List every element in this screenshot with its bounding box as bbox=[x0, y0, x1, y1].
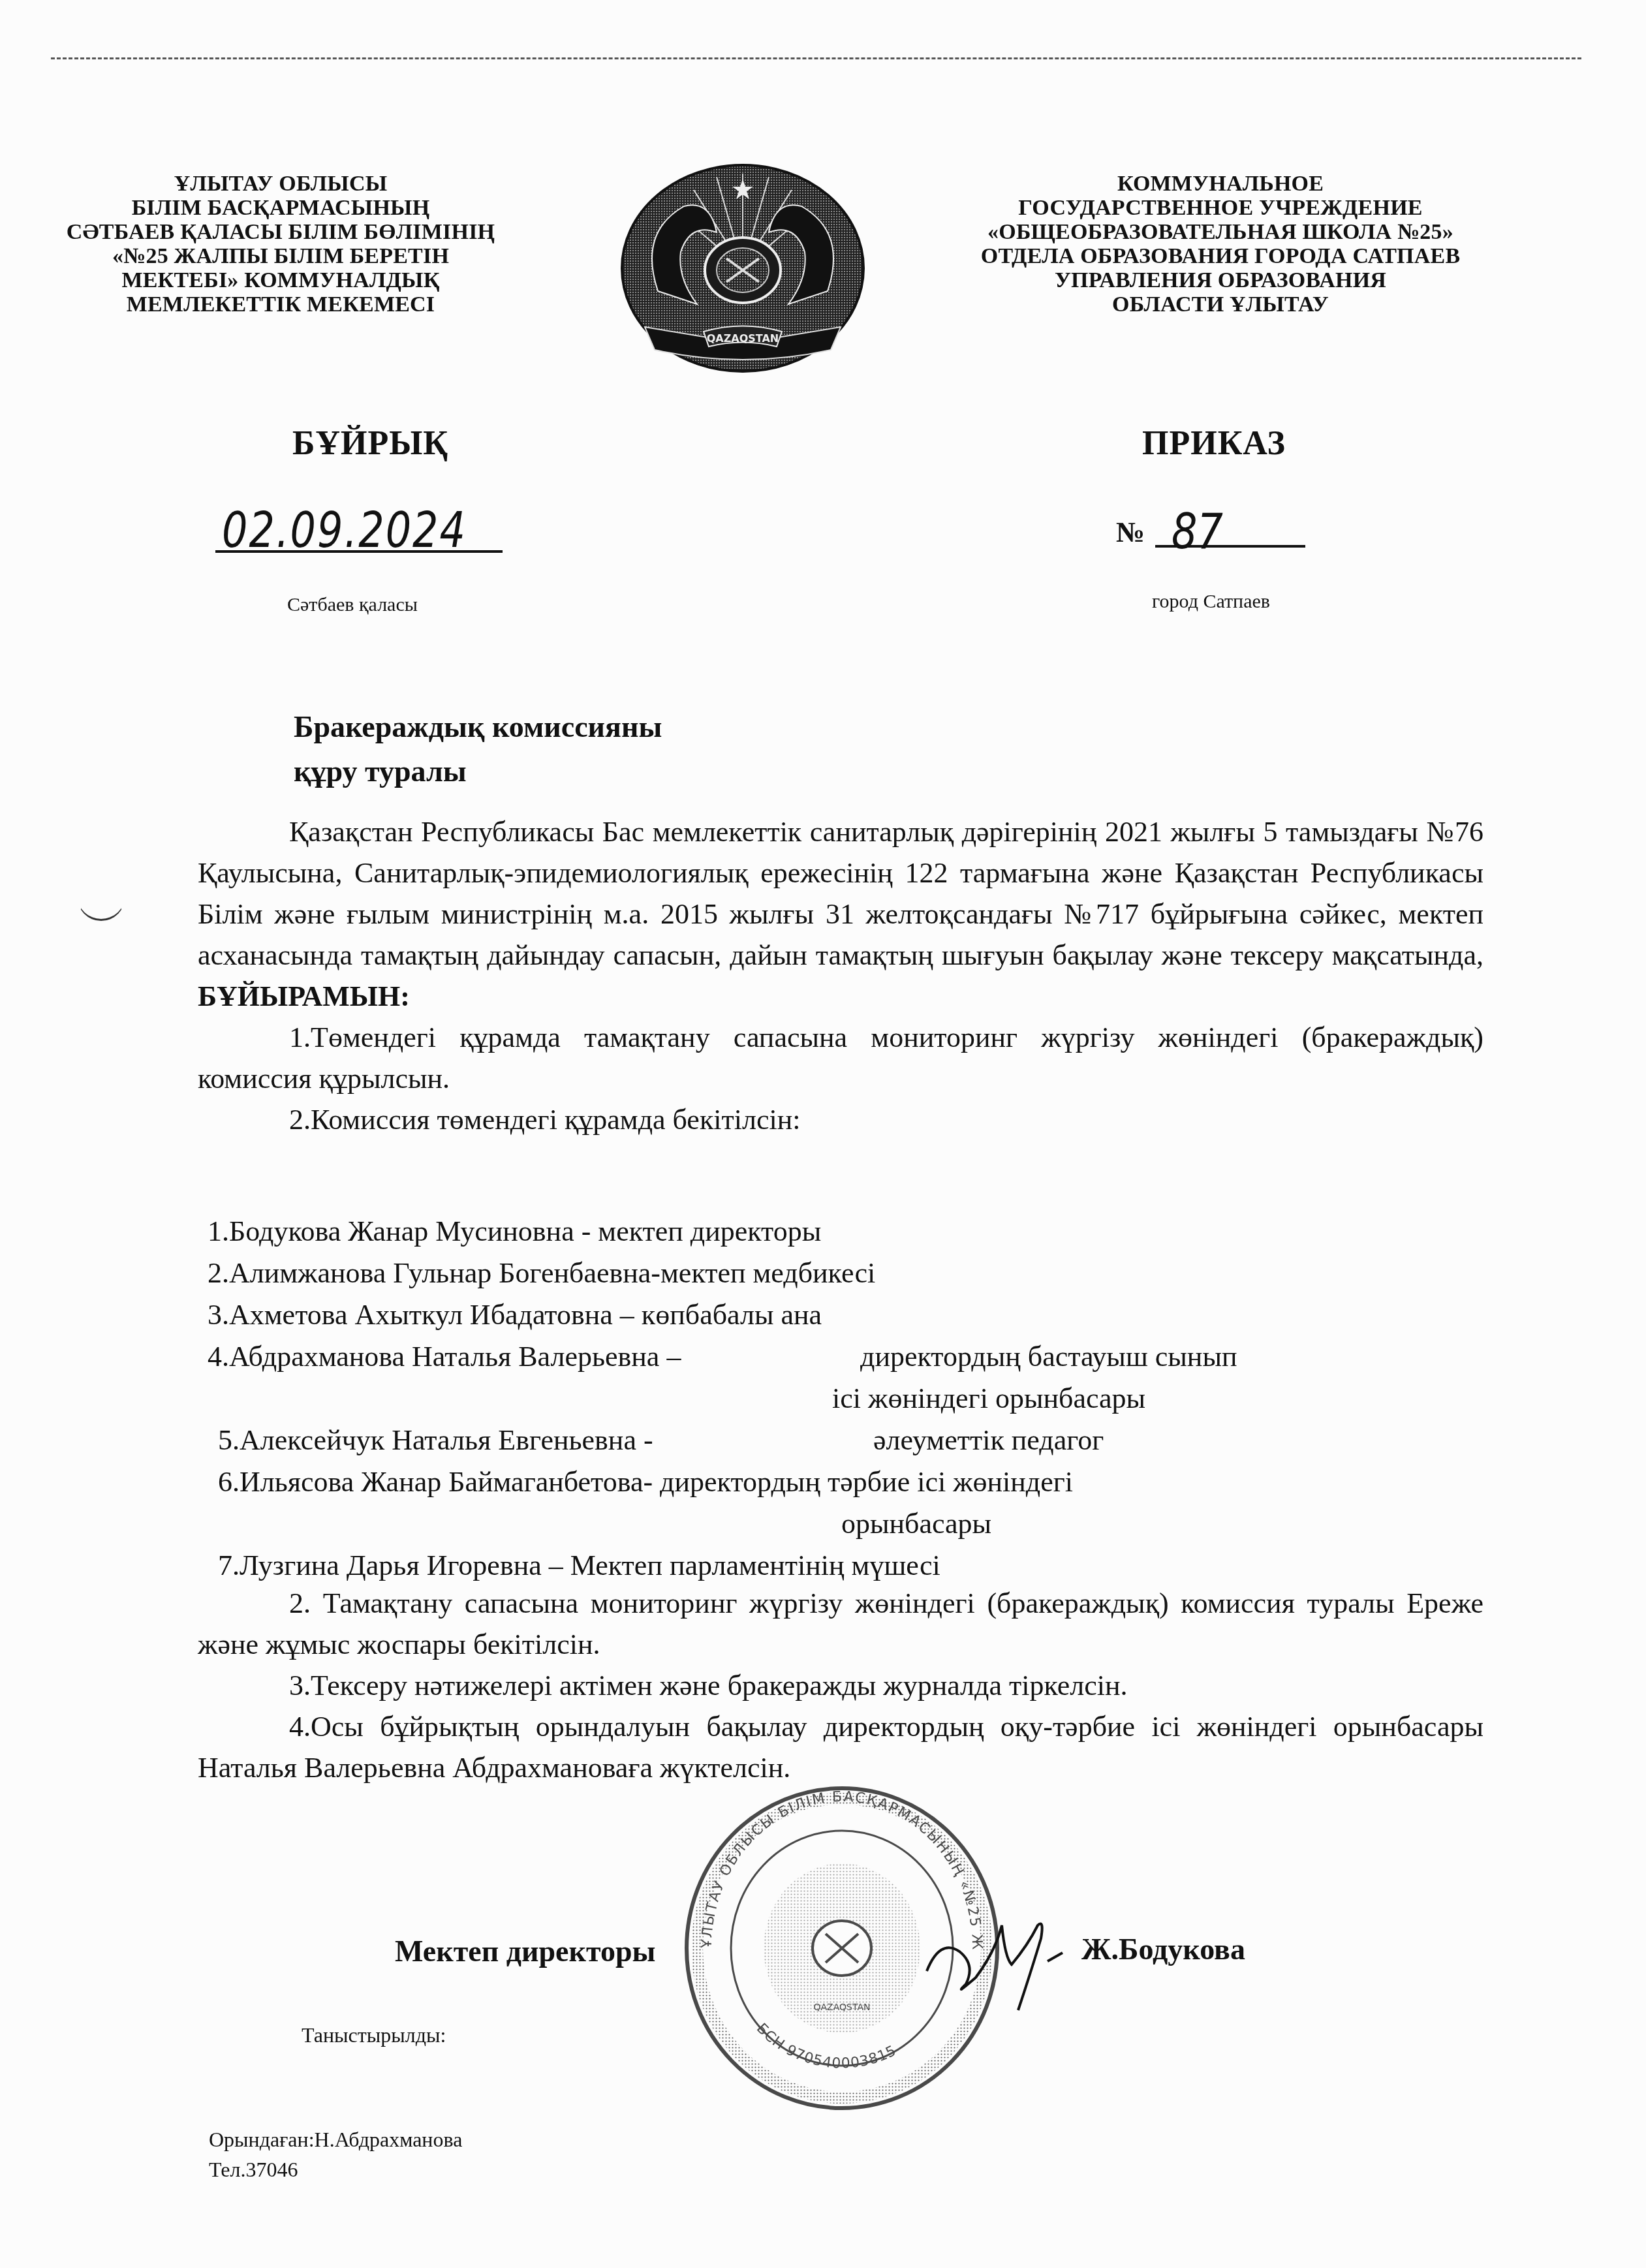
order-title-kazakh: БҰЙРЫҚ bbox=[292, 424, 448, 463]
member-item: 4.Абдрахманова Наталья Валерьевна – дире… bbox=[208, 1336, 1480, 1420]
top-dashed-rule bbox=[51, 57, 1581, 59]
state-emblem-icon: QAZAQSTAN bbox=[606, 161, 880, 376]
svg-text:QAZAQSTAN: QAZAQSTAN bbox=[707, 332, 779, 345]
member-item: 1.Бодукова Жанар Мусиновна - мектеп дире… bbox=[208, 1211, 1480, 1252]
signatory-name: Ж.Бодукова bbox=[1081, 1932, 1245, 1966]
member-item: 2.Алимжанова Гульнар Богенбаевна-мектеп … bbox=[208, 1252, 1480, 1294]
member-name: 4.Абдрахманова Наталья Валерьевна – bbox=[208, 1336, 681, 1378]
member-name: 2.Алимжанова Гульнар Богенбаевна-мектеп … bbox=[208, 1252, 875, 1294]
city-russian: город Сатпаев bbox=[1152, 591, 1270, 613]
clause-control: 4.Осы бұйрықтың орындалуын бақылау дирек… bbox=[198, 1706, 1483, 1788]
member-name: 6.Ильясова Жанар Баймаганбетова- директо… bbox=[218, 1461, 1073, 1503]
member-role: директордың бастауыш сынып bbox=[860, 1336, 1237, 1378]
preamble-paragraph: Қазақстан Республикасы Бас мемлекеттік с… bbox=[198, 811, 1483, 1017]
order-clauses-continued: 2. Тамақтану сапасына мониторинг жүргізу… bbox=[198, 1583, 1483, 1788]
handwritten-signature-icon bbox=[914, 1899, 1070, 2017]
member-name: 5.Алексейчук Наталья Евгеньевна - bbox=[218, 1420, 653, 1461]
document-page: ҰЛЫТАУ ОБЛЫСЫ БІЛІМ БАСҚАРМАСЫНЫҢ СӘТБАЕ… bbox=[0, 0, 1646, 2268]
signatory-title: Мектеп директоры bbox=[395, 1934, 656, 1968]
punch-hole-mark bbox=[77, 872, 125, 921]
member-item: 5.Алексейчук Наталья Евгеньевна - әлеуме… bbox=[218, 1420, 1491, 1461]
commission-member-list: 1.Бодукова Жанар Мусиновна - мектеп дире… bbox=[208, 1211, 1480, 1587]
member-item: 7.Лузгина Дарья Игоревна – Мектеп парлам… bbox=[218, 1545, 1491, 1587]
acquainted-label: Таныстырылды: bbox=[302, 2023, 446, 2047]
clause-1: 1.Төмендегі құрамда тамақтану сапасына м… bbox=[198, 1017, 1483, 1099]
order-date-handwritten: 02.09.2024 bbox=[222, 501, 467, 559]
clause-inspection: 3.Тексеру нәтижелері актімен және бракер… bbox=[198, 1665, 1483, 1706]
member-name: 1.Бодукова Жанар Мусиновна - мектеп дире… bbox=[208, 1211, 821, 1252]
executor-name: Орындаған:Н.Абдрахманова bbox=[209, 2124, 462, 2154]
member-item: 6.Ильясова Жанар Баймаганбетова- директо… bbox=[218, 1461, 1491, 1545]
header-org-russian: КОММУНАЛЬНОЕ ГОСУДАРСТВЕННОЕ УЧРЕЖДЕНИЕ … bbox=[914, 172, 1527, 317]
order-directive: БҰЙЫРАМЫН: bbox=[198, 980, 410, 1012]
member-role-continued: орынбасары bbox=[841, 1503, 991, 1545]
preamble-text: Қазақстан Республикасы Бас мемлекеттік с… bbox=[198, 816, 1483, 971]
order-title-russian: ПРИКАЗ bbox=[1142, 424, 1286, 463]
order-number-label: № bbox=[1116, 516, 1145, 549]
member-role: әлеуметтік педагог bbox=[873, 1420, 1104, 1461]
header-org-kazakh: ҰЛЫТАУ ОБЛЫСЫ БІЛІМ БАСҚАРМАСЫНЫҢ СӘТБАЕ… bbox=[52, 172, 509, 317]
member-name: 7.Лузгина Дарья Игоревна – Мектеп парлам… bbox=[218, 1545, 940, 1587]
city-kazakh: Сәтбаев қаласы bbox=[287, 594, 418, 616]
executor-phone: Тел.37046 bbox=[209, 2154, 462, 2184]
executor-block: Орындаған:Н.Абдрахманова Тел.37046 bbox=[209, 2124, 462, 2184]
order-subject: Бракераждық комиссияны құру туралы bbox=[294, 705, 662, 794]
member-name: 3.Ахметова Ахыткул Ибадатовна – көпбабал… bbox=[208, 1294, 822, 1336]
order-number-handwritten: 87 bbox=[1172, 503, 1223, 560]
svg-text:QAZAQSTAN: QAZAQSTAN bbox=[814, 2002, 871, 2013]
clause-regulation: 2. Тамақтану сапасына мониторинг жүргізу… bbox=[198, 1583, 1483, 1665]
clause-2: 2.Комиссия төмендегі құрамда бекітілсін: bbox=[198, 1099, 1483, 1140]
member-role-continued: ісі жөніндегі орынбасары bbox=[832, 1378, 1145, 1420]
member-item: 3.Ахметова Ахыткул Ибадатовна – көпбабал… bbox=[208, 1294, 1480, 1336]
order-body: Қазақстан Республикасы Бас мемлекеттік с… bbox=[198, 811, 1483, 1140]
